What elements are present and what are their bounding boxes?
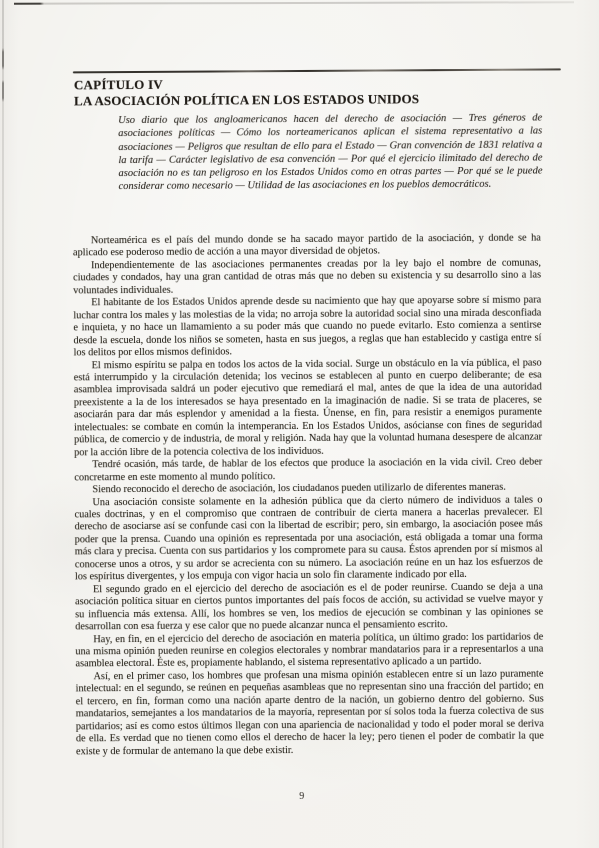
- paragraph: Hay, en fin, en el ejercicio del derecho…: [75, 631, 543, 671]
- page-number: 9: [2, 789, 599, 804]
- paragraph: Una asociación consiste solamente en la …: [74, 494, 543, 584]
- paragraph: Tendré ocasión, más tarde, de hablar de …: [74, 457, 542, 485]
- paragraph: El mismo espíritu se palpa en todos los …: [74, 357, 543, 459]
- chapter-summary: Uso diario que los angloamericanos hacen…: [118, 112, 542, 194]
- paragraph: Norteamérica es el país del mundo donde …: [73, 233, 541, 261]
- body-text: Norteamérica es el país del mundo donde …: [73, 233, 544, 759]
- page-title: LA ASOCIACIÓN POLÍTICA EN LOS ESTADOS UN…: [74, 91, 419, 109]
- header-rule: [73, 68, 561, 73]
- page-content: CAPÍTULO IV LA ASOCIACIÓN POLÍTICA EN LO…: [0, 0, 599, 848]
- paragraph: Independientemente de las asociaciones p…: [73, 257, 541, 297]
- scanned-document-page: CAPÍTULO IV LA ASOCIACIÓN POLÍTICA EN LO…: [0, 0, 599, 848]
- paragraph: El habitante de los Estados Unidos apren…: [73, 295, 541, 360]
- paragraph: El segundo grado en el ejercicio del der…: [75, 581, 543, 634]
- paragraph: Así, en el primer caso, los hombres que …: [76, 668, 545, 758]
- chapter-heading: CAPÍTULO IV: [74, 77, 163, 94]
